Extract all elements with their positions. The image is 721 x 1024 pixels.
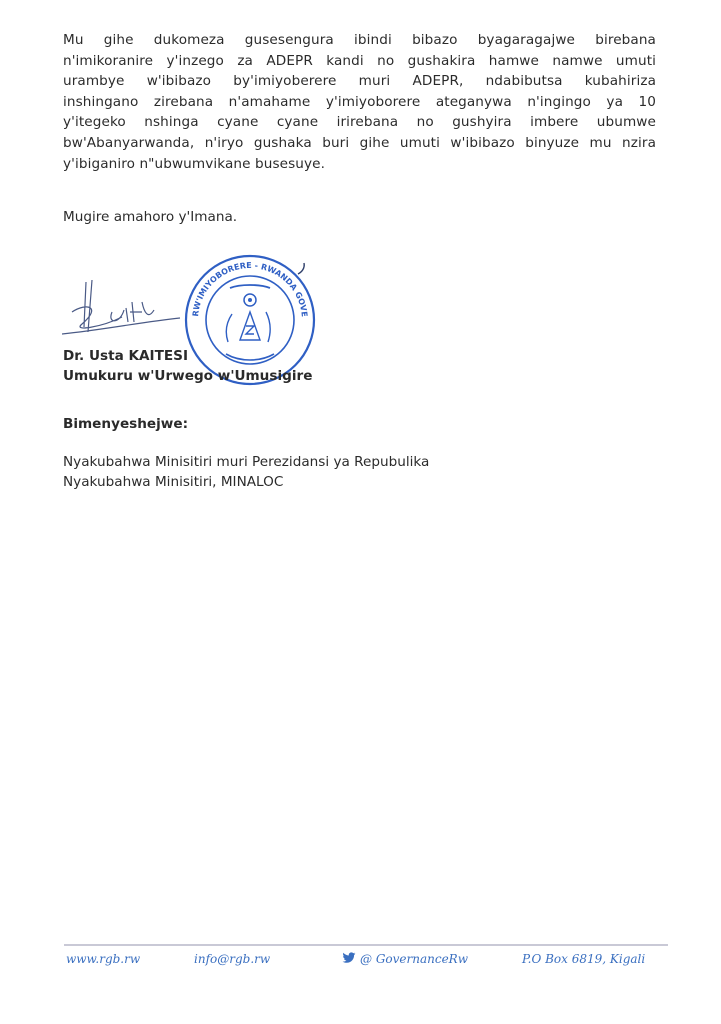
- footer: www.rgb.rw info@rgb.rw @ GovernanceRw P.…: [66, 950, 666, 970]
- paragraph-line: Mu gihe dukomeza gusesengura ibindi biba…: [63, 30, 656, 51]
- footer-website-link[interactable]: www.rgb.rw: [66, 952, 140, 966]
- twitter-handle: @ GovernanceRw: [360, 952, 468, 966]
- paragraph-line: y'ibiganiro n"ubwumvikane busesuye.: [63, 154, 656, 175]
- paragraph-line: n'imikoranire y'inzego za ADEPR kandi no…: [63, 51, 656, 72]
- paragraph-line: y'itegeko nshinga cyane cyane irirebana …: [63, 112, 656, 133]
- cc-recipient: Nyakubahwa Minisitiri muri Perezidansi y…: [63, 452, 429, 472]
- pen-mark: [296, 262, 306, 276]
- signatory-title: Umukuru w'Urwego w'Umusigire: [63, 368, 312, 384]
- footer-divider: [64, 944, 668, 946]
- cc-recipient: Nyakubahwa Minisitiri, MINALOC: [63, 472, 429, 492]
- footer-email-link[interactable]: info@rgb.rw: [194, 952, 270, 966]
- footer-twitter[interactable]: @ GovernanceRw: [342, 952, 468, 966]
- paragraph-line: bw'Abanyarwanda, n'iryo gushaka buri gih…: [63, 133, 656, 154]
- handwritten-signature: [62, 272, 182, 342]
- cc-heading: Bimenyeshejwe:: [63, 416, 188, 432]
- paragraph-line: urambye w'ibibazo by'imiyoberere muri AD…: [63, 71, 656, 92]
- body-paragraph: Mu gihe dukomeza gusesengura ibindi biba…: [63, 30, 656, 174]
- twitter-bird-icon: [342, 952, 356, 964]
- closing-salutation: Mugire amahoro y'Imana.: [63, 209, 237, 225]
- svg-text:RW'IMIYOBORERE - RWANDA GOVERN: RW'IMIYOBORERE - RWANDA GOVERNANCE BOARD: [180, 250, 309, 317]
- signatory-name: Dr. Usta KAITESI: [63, 348, 188, 364]
- paragraph-line: inshingano zirebana n'amahame y'imiyobor…: [63, 92, 656, 113]
- cc-list: Nyakubahwa Minisitiri muri Perezidansi y…: [63, 452, 429, 492]
- footer-address: P.O Box 6819, Kigali: [522, 952, 645, 966]
